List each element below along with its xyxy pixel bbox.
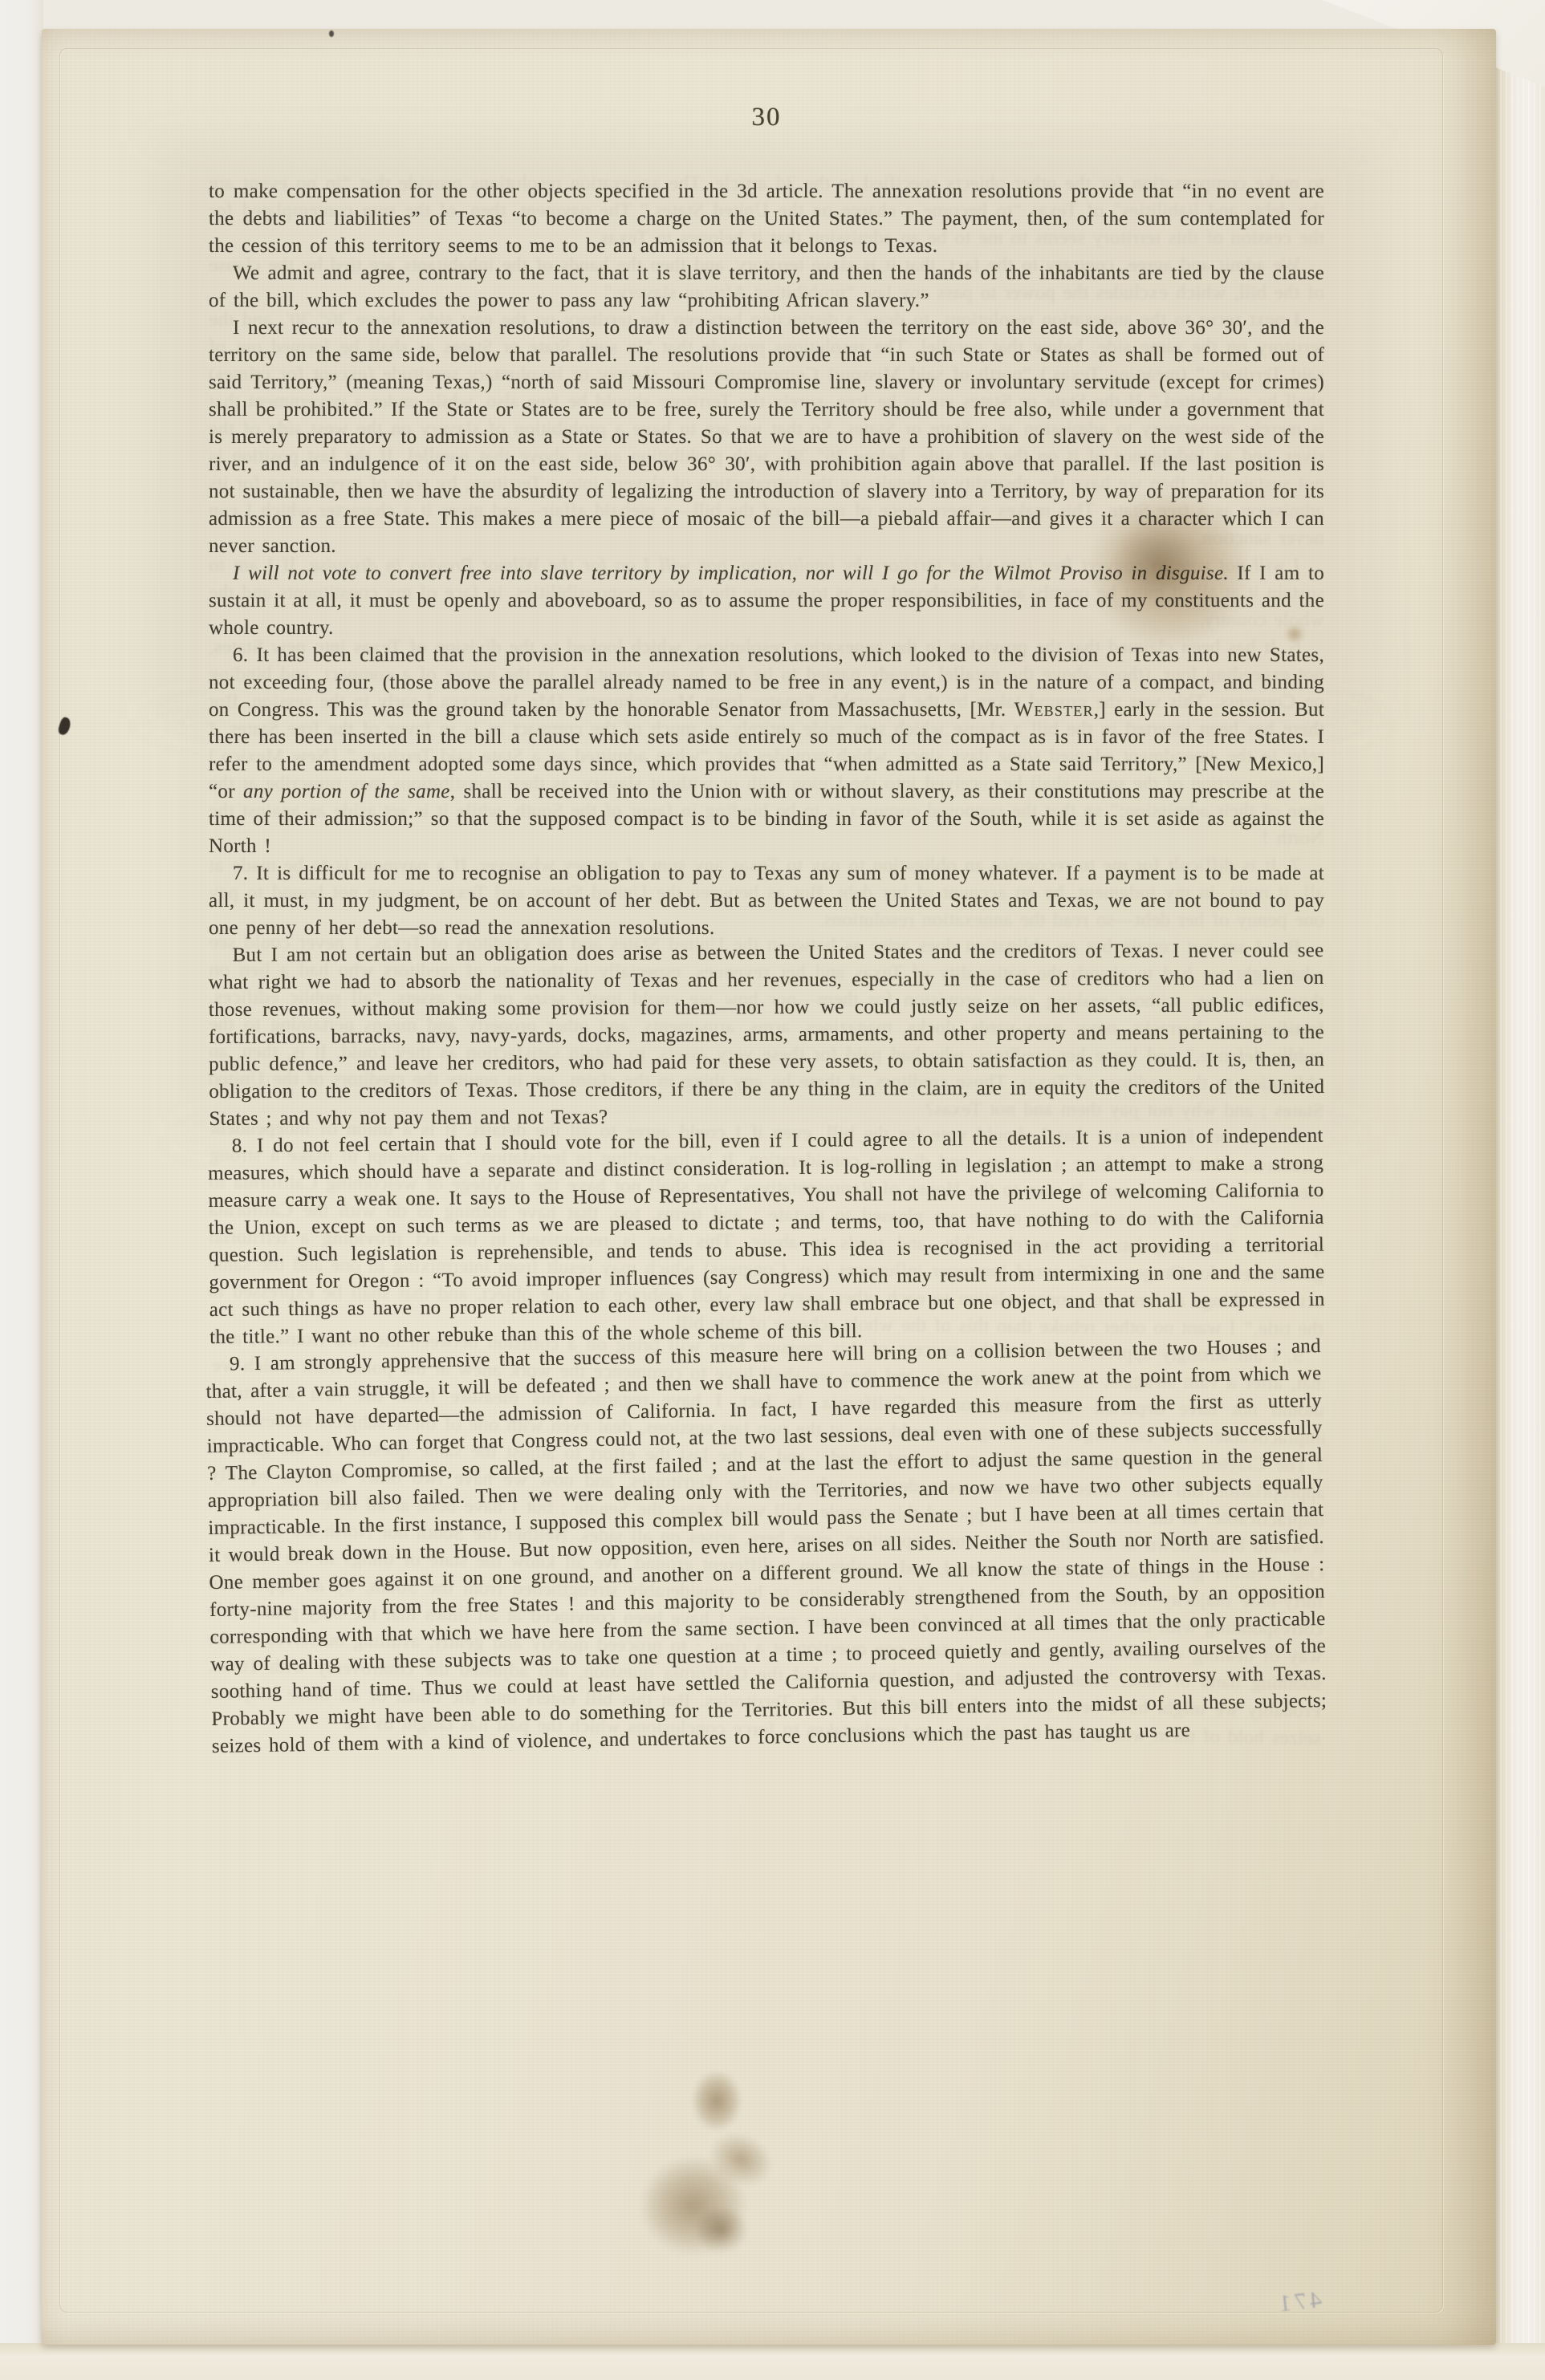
paragraph: But I am not certain but an obligation d… xyxy=(208,937,1324,1133)
paragraph: 7. It is difficult for me to recognise a… xyxy=(209,860,1324,942)
text-run: Webster xyxy=(1014,699,1094,721)
page-number: 30 xyxy=(209,103,1324,132)
mirrored-stamp-numerals: 471 xyxy=(1275,2286,1323,2318)
ink-stain-cluster-core xyxy=(693,2205,750,2255)
text-run: We admit and agree, contrary to the fact… xyxy=(209,262,1324,311)
text-run: 7. It is difficult for me to recognise a… xyxy=(209,863,1324,939)
page: to make compensation for the other objec… xyxy=(42,29,1496,2345)
text-run: 8. I do not feel certain that I should v… xyxy=(208,1125,1325,1348)
text-run: But I am not certain but an obligation d… xyxy=(209,940,1325,1130)
paragraph: I next recur to the annexation resolutio… xyxy=(209,315,1324,560)
text-run: I will not vote to convert free into sla… xyxy=(233,563,1229,584)
text-run: 9. I am strongly apprehensive that the s… xyxy=(205,1335,1327,1757)
document-scan: to make compensation for the other objec… xyxy=(0,0,1545,2380)
book-fore-edge xyxy=(1494,0,1545,2380)
paragraph: 6. It has been claimed that the provisio… xyxy=(209,642,1324,860)
ink-stain-cluster-lobe xyxy=(698,2121,783,2198)
page-text: to make compensation for the other objec… xyxy=(209,178,1324,1761)
text-run: to make compensation for the other objec… xyxy=(209,181,1324,257)
scanner-background-bottom xyxy=(0,2343,1545,2380)
ink-speck-left-edge xyxy=(57,717,72,737)
paragraph: 9. I am strongly apprehensive that the s… xyxy=(205,1333,1327,1761)
ink-stain-cluster xyxy=(637,2154,750,2258)
ink-speck-top xyxy=(329,30,334,37)
paragraph: I will not vote to convert free into sla… xyxy=(209,560,1324,642)
ink-stain-small xyxy=(690,2069,743,2133)
paragraph: 8. I do not feel certain that I should v… xyxy=(208,1123,1326,1351)
scanner-background-left xyxy=(0,0,43,2380)
text-run: I next recur to the annexation resolutio… xyxy=(209,317,1324,557)
paragraph: We admit and agree, contrary to the fact… xyxy=(209,260,1324,315)
paragraph: to make compensation for the other objec… xyxy=(209,178,1324,260)
text-run: any portion of the same xyxy=(243,781,450,802)
